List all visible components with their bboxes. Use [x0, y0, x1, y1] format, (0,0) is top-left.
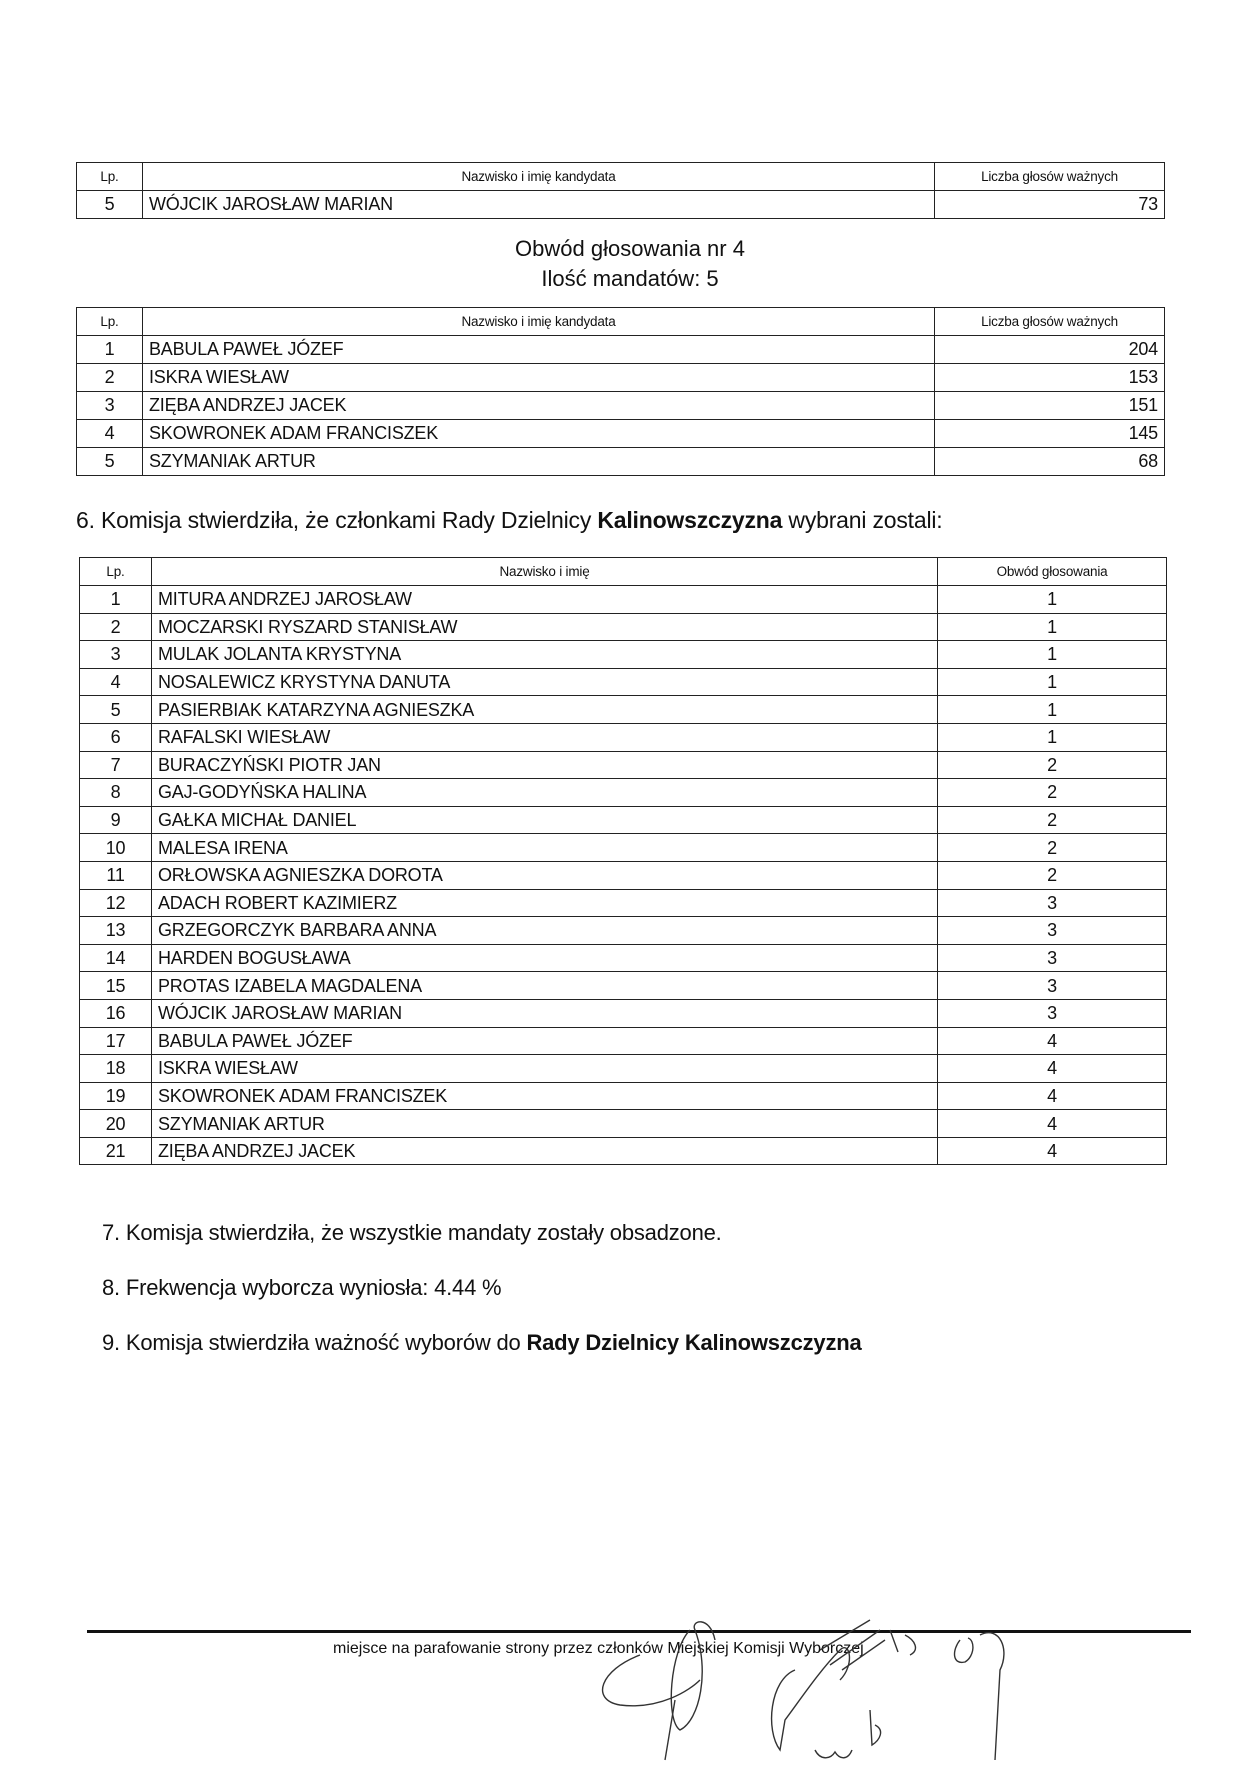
cell-name: GRZEGORCZYK BARBARA ANNA: [152, 917, 938, 945]
cell-name: NOSALEWICZ KRYSTYNA DANUTA: [152, 668, 938, 696]
header-district: Obwód głosowania: [938, 558, 1167, 586]
cell-name: MOCZARSKI RYSZARD STANISŁAW: [152, 613, 938, 641]
cell-lp: 18: [80, 1055, 152, 1083]
council-name: Rady Dzielnicy Kalinowszczyzna: [526, 1330, 861, 1355]
section-6-suffix: wybrani zostali:: [782, 507, 942, 533]
cell-name: SZYMANIAK ARTUR: [152, 1110, 938, 1138]
cell-name: WÓJCIK JAROSŁAW MARIAN: [152, 999, 938, 1027]
cell-lp: 1: [80, 586, 152, 614]
signatures-icon: [580, 1610, 1200, 1780]
cell-votes: 73: [935, 191, 1165, 219]
cell-district: 1: [938, 723, 1167, 751]
cell-votes: 204: [935, 336, 1165, 364]
section-9: 9. Komisja stwierdziła ważność wyborów d…: [102, 1330, 862, 1356]
cell-name: SZYMANIAK ARTUR: [143, 448, 935, 476]
cell-district: 1: [938, 696, 1167, 724]
cell-lp: 15: [80, 972, 152, 1000]
table-row: 16WÓJCIK JAROSŁAW MARIAN3: [80, 999, 1167, 1027]
cell-lp: 4: [80, 668, 152, 696]
table-row: 20SZYMANIAK ARTUR4: [80, 1110, 1167, 1138]
cell-district: 4: [938, 1027, 1167, 1055]
cell-name: SKOWRONEK ADAM FRANCISZEK: [143, 420, 935, 448]
cell-district: 4: [938, 1082, 1167, 1110]
cell-district: 3: [938, 917, 1167, 945]
cell-lp: 3: [77, 392, 143, 420]
cell-lp: 9: [80, 806, 152, 834]
table-row: 2MOCZARSKI RYSZARD STANISŁAW1: [80, 613, 1167, 641]
cell-name: PASIERBIAK KATARZYNA AGNIESZKA: [152, 696, 938, 724]
header-name: Nazwisko i imię: [152, 558, 938, 586]
district4-results-table: Lp. Nazwisko i imię kandydata Liczba gło…: [76, 307, 1165, 476]
cell-district: 1: [938, 668, 1167, 696]
cell-lp: 12: [80, 889, 152, 917]
cell-name: MITURA ANDRZEJ JAROSŁAW: [152, 586, 938, 614]
table-header-row: Lp. Nazwisko i imię kandydata Liczba gło…: [77, 308, 1165, 336]
table-header-row: Lp. Nazwisko i imię Obwód głosowania: [80, 558, 1167, 586]
cell-name: WÓJCIK JAROSŁAW MARIAN: [143, 191, 935, 219]
table-row: 5PASIERBIAK KATARZYNA AGNIESZKA1: [80, 696, 1167, 724]
cell-lp: 19: [80, 1082, 152, 1110]
cell-lp: 3: [80, 641, 152, 669]
table-row: 4NOSALEWICZ KRYSTYNA DANUTA1: [80, 668, 1167, 696]
table-row: 10MALESA IRENA2: [80, 834, 1167, 862]
cell-lp: 14: [80, 944, 152, 972]
table-row: 1BABULA PAWEŁ JÓZEF204: [77, 336, 1165, 364]
table-row: 21ZIĘBA ANDRZEJ JACEK4: [80, 1137, 1167, 1165]
header-lp: Lp.: [77, 308, 143, 336]
section-6: 6. Komisja stwierdziła, że członkami Rad…: [76, 507, 942, 534]
cell-lp: 20: [80, 1110, 152, 1138]
cell-votes: 153: [935, 364, 1165, 392]
cell-lp: 2: [77, 364, 143, 392]
cell-lp: 16: [80, 999, 152, 1027]
table-row: 9GAŁKA MICHAŁ DANIEL2: [80, 806, 1167, 834]
cell-name: ISKRA WIESŁAW: [152, 1055, 938, 1083]
cell-name: ADACH ROBERT KAZIMIERZ: [152, 889, 938, 917]
cell-lp: 13: [80, 917, 152, 945]
table-row: 17BABULA PAWEŁ JÓZEF4: [80, 1027, 1167, 1055]
cell-district: 3: [938, 944, 1167, 972]
table-row: 6RAFALSKI WIESŁAW1: [80, 723, 1167, 751]
table-row: 1MITURA ANDRZEJ JAROSŁAW1: [80, 586, 1167, 614]
section-8: 8. Frekwencja wyborcza wyniosła: 4.44 %: [102, 1275, 501, 1301]
table-row: 7BURACZYŃSKI PIOTR JAN2: [80, 751, 1167, 779]
cell-district: 3: [938, 972, 1167, 1000]
cell-name: ZIĘBA ANDRZEJ JACEK: [152, 1137, 938, 1165]
cell-lp: 21: [80, 1137, 152, 1165]
cell-votes: 68: [935, 448, 1165, 476]
cell-lp: 10: [80, 834, 152, 862]
table-row: 5SZYMANIAK ARTUR68: [77, 448, 1165, 476]
table-row: 3MULAK JOLANTA KRYSTYNA1: [80, 641, 1167, 669]
header-name: Nazwisko i imię kandydata: [143, 163, 935, 191]
table-row: 8GAJ-GODYŃSKA HALINA2: [80, 779, 1167, 807]
header-votes: Liczba głosów ważnych: [935, 163, 1165, 191]
table-row: 19SKOWRONEK ADAM FRANCISZEK4: [80, 1082, 1167, 1110]
header-votes: Liczba głosów ważnych: [935, 308, 1165, 336]
cell-district: 4: [938, 1110, 1167, 1138]
header-lp: Lp.: [80, 558, 152, 586]
cell-district: 2: [938, 779, 1167, 807]
cell-name: GAJ-GODYŃSKA HALINA: [152, 779, 938, 807]
cell-district: 3: [938, 999, 1167, 1027]
table-row: 14HARDEN BOGUSŁAWA3: [80, 944, 1167, 972]
table-row: 4SKOWRONEK ADAM FRANCISZEK145: [77, 420, 1165, 448]
cell-district: 3: [938, 889, 1167, 917]
cell-district: 4: [938, 1055, 1167, 1083]
table-row: 13GRZEGORCZYK BARBARA ANNA3: [80, 917, 1167, 945]
cell-lp: 8: [80, 779, 152, 807]
continuation-results-table: Lp. Nazwisko i imię kandydata Liczba gło…: [76, 162, 1165, 219]
cell-district: 1: [938, 641, 1167, 669]
cell-district: 2: [938, 806, 1167, 834]
cell-lp: 7: [80, 751, 152, 779]
cell-name: GAŁKA MICHAŁ DANIEL: [152, 806, 938, 834]
cell-district: 2: [938, 861, 1167, 889]
cell-name: SKOWRONEK ADAM FRANCISZEK: [152, 1082, 938, 1110]
cell-name: ORŁOWSKA AGNIESZKA DOROTA: [152, 861, 938, 889]
elected-members-table: Lp. Nazwisko i imię Obwód głosowania 1MI…: [79, 557, 1167, 1165]
cell-district: 2: [938, 751, 1167, 779]
cell-name: BURACZYŃSKI PIOTR JAN: [152, 751, 938, 779]
cell-votes: 151: [935, 392, 1165, 420]
cell-district: 2: [938, 834, 1167, 862]
table-row: 15PROTAS IZABELA MAGDALENA3: [80, 972, 1167, 1000]
cell-name: ISKRA WIESŁAW: [143, 364, 935, 392]
header-name: Nazwisko i imię kandydata: [143, 308, 935, 336]
cell-lp: 1: [77, 336, 143, 364]
cell-district: 1: [938, 613, 1167, 641]
cell-lp: 11: [80, 861, 152, 889]
cell-name: RAFALSKI WIESŁAW: [152, 723, 938, 751]
table-row: 5 WÓJCIK JAROSŁAW MARIAN 73: [77, 191, 1165, 219]
table-row: 3ZIĘBA ANDRZEJ JACEK151: [77, 392, 1165, 420]
cell-lp: 4: [77, 420, 143, 448]
cell-name: BABULA PAWEŁ JÓZEF: [143, 336, 935, 364]
cell-lp: 5: [77, 191, 143, 219]
table-header-row: Lp. Nazwisko i imię kandydata Liczba gło…: [77, 163, 1165, 191]
cell-lp: 5: [80, 696, 152, 724]
mandates-heading: Ilość mandatów: 5: [0, 266, 1260, 292]
cell-district: 4: [938, 1137, 1167, 1165]
cell-name: ZIĘBA ANDRZEJ JACEK: [143, 392, 935, 420]
table-row: 18ISKRA WIESŁAW4: [80, 1055, 1167, 1083]
table-row: 12ADACH ROBERT KAZIMIERZ3: [80, 889, 1167, 917]
cell-name: MULAK JOLANTA KRYSTYNA: [152, 641, 938, 669]
cell-name: PROTAS IZABELA MAGDALENA: [152, 972, 938, 1000]
cell-name: BABULA PAWEŁ JÓZEF: [152, 1027, 938, 1055]
cell-district: 1: [938, 586, 1167, 614]
header-lp: Lp.: [77, 163, 143, 191]
cell-lp: 2: [80, 613, 152, 641]
cell-lp: 5: [77, 448, 143, 476]
section-7: 7. Komisja stwierdziła, że wszystkie man…: [102, 1220, 722, 1246]
cell-name: HARDEN BOGUSŁAWA: [152, 944, 938, 972]
section-6-text: 6. Komisja stwierdziła, że członkami Rad…: [76, 507, 597, 533]
district-heading: Obwód głosowania nr 4: [0, 236, 1260, 262]
district-name: Kalinowszczyzna: [597, 507, 782, 533]
cell-lp: 17: [80, 1027, 152, 1055]
table-row: 11ORŁOWSKA AGNIESZKA DOROTA2: [80, 861, 1167, 889]
table-row: 2ISKRA WIESŁAW153: [77, 364, 1165, 392]
cell-votes: 145: [935, 420, 1165, 448]
section-9-text: 9. Komisja stwierdziła ważność wyborów d…: [102, 1330, 526, 1355]
cell-name: MALESA IRENA: [152, 834, 938, 862]
cell-lp: 6: [80, 723, 152, 751]
